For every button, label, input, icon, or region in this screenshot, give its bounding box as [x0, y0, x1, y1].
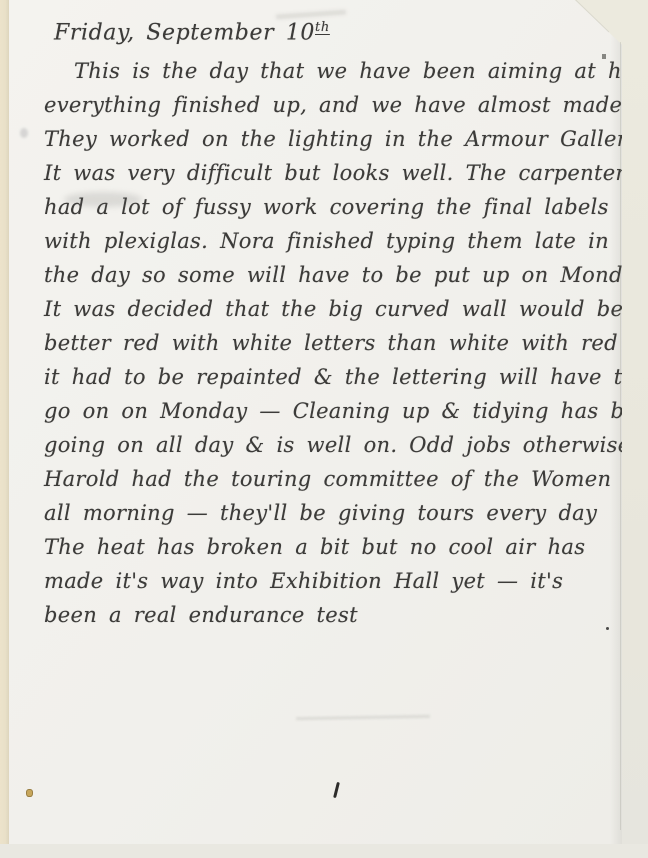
pencil-smudge-top	[276, 10, 346, 20]
handwritten-line: go on on Monday — Cleaning up & tidying …	[44, 394, 622, 428]
handwritten-line-text: with plexiglas. Nora finished typing the…	[44, 229, 609, 253]
handwritten-line-text: all morning — they'll be giving tours ev…	[44, 501, 597, 525]
handwritten-line: It was very difficult but looks well. Th…	[44, 156, 622, 190]
entry-date-text: Friday, September 10	[54, 20, 315, 45]
handwritten-line-text: They worked on the lighting in the Armou…	[44, 127, 643, 151]
handwritten-line: the day so some will have to be put up o…	[44, 258, 622, 292]
diary-photograph: Friday, September 10th This is the day t…	[0, 0, 648, 858]
handwritten-line: been a real endurance test	[44, 598, 622, 632]
handwritten-line-text: going on all day & is well on. Odd jobs …	[44, 433, 630, 457]
handwritten-line: all morning — they'll be giving tours ev…	[44, 496, 622, 530]
handwritten-line-text: it had to be repainted & the lettering w…	[44, 365, 635, 389]
page-right-edge	[620, 42, 621, 830]
handwritten-line: with plexiglas. Nora finished typing the…	[44, 224, 622, 258]
handwritten-line-text: This is the day that we have been aiming…	[74, 59, 648, 83]
handwritten-line: it had to be repainted & the lettering w…	[44, 360, 622, 394]
book-edge-strip	[0, 0, 9, 858]
stray-pen-mark	[333, 782, 340, 798]
diary-page: Friday, September 10th This is the day t…	[8, 0, 622, 844]
handwritten-line-text: The heat has broken a bit but no cool ai…	[44, 535, 585, 559]
handwritten-line-text: Harold had the touring committee of the …	[44, 467, 611, 491]
handwritten-line: better red with white letters than white…	[44, 326, 622, 360]
handwritten-line: everything finished up, and we have almo…	[44, 88, 622, 122]
gray-speck	[20, 128, 28, 138]
handwritten-line: They worked on the lighting in the Armou…	[44, 122, 622, 156]
handwritten-line: It was decided that the big curved wall …	[44, 292, 622, 326]
handwritten-line-text: It was very difficult but looks well. Th…	[44, 161, 637, 185]
handwritten-line: going on all day & is well on. Odd jobs …	[44, 428, 622, 462]
foxing-spot	[26, 789, 33, 797]
handwritten-line: made it's way into Exhibition Hall yet —…	[44, 564, 622, 598]
entry-date-ordinal: th	[315, 20, 330, 35]
faint-smudge-line	[296, 715, 430, 720]
handwritten-line-text: everything finished up, and we have almo…	[44, 93, 648, 117]
handwritten-line-text: better red with white letters than white…	[44, 331, 648, 355]
ink-speck	[606, 627, 609, 630]
entry-date: Friday, September 10th	[54, 20, 330, 45]
handwritten-line: The heat has broken a bit but no cool ai…	[44, 530, 622, 564]
handwritten-line-text: made it's way into Exhibition Hall yet —…	[44, 569, 563, 593]
backing-bottom-strip	[0, 844, 648, 858]
dark-speck	[602, 54, 606, 59]
handwritten-line: Harold had the touring committee of the …	[44, 462, 622, 496]
handwritten-line: This is the day that we have been aiming…	[44, 54, 622, 88]
handwritten-line-text: go on on Monday — Cleaning up & tidying …	[44, 399, 648, 423]
handwritten-line-text: the day so some will have to be put up o…	[44, 263, 648, 287]
handwritten-line-text: It was decided that the big curved wall …	[44, 297, 623, 321]
handwritten-line-text: been a real endurance test	[44, 603, 358, 627]
pencil-smudge-correction	[64, 192, 142, 207]
entry-body: This is the day that we have been aiming…	[44, 54, 622, 632]
